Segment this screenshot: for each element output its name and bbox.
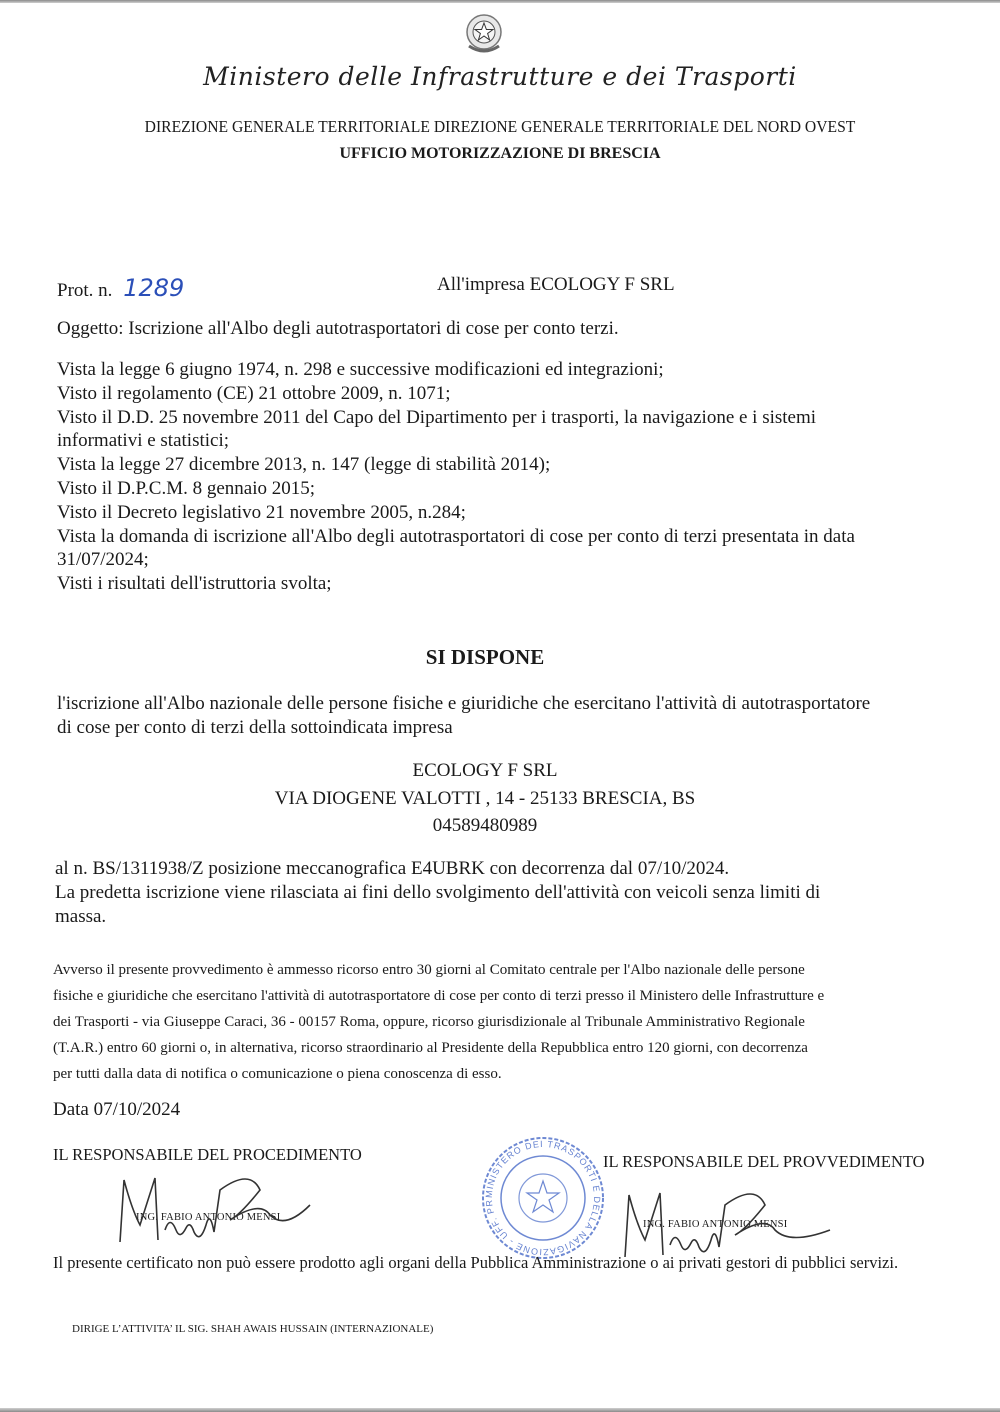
company-address: VIA DIOGENE VALOTTI , 14 - 25133 BRESCIA… <box>0 788 970 810</box>
decision-text: l'iscrizione all'Albo nazionale delle pe… <box>57 692 870 740</box>
activity-director-note: DIRIGE L’ATTIVITA’ IL SIG. SHAH AWAIS HU… <box>72 1323 433 1335</box>
appeal-notice: Avverso il presente provvedimento è amme… <box>53 957 824 1087</box>
ministry-name: Ministero delle Infrastrutture e dei Tra… <box>0 62 1000 91</box>
protocol-label: Prot. n. <box>57 280 112 301</box>
right-signatory-title: IL RESPONSABILE DEL PROVVEDIMENTO <box>603 1152 925 1172</box>
preamble-line: Visto il regolamento (CE) 21 ottobre 200… <box>57 382 855 406</box>
preamble-line: informativi e statistici; <box>57 429 855 453</box>
protocol-number: Prot. n. 1289 <box>57 274 184 302</box>
directorate: DIREZIONE GENERALE TERRITORIALE DIREZION… <box>40 117 960 137</box>
italian-republic-emblem-icon <box>461 10 507 58</box>
scan-edge-bottom <box>0 1408 1000 1412</box>
company-name: ECOLOGY F SRL <box>0 760 970 782</box>
recipient: All'impresa ECOLOGY F SRL <box>437 274 675 296</box>
decision-heading: SI DISPONE <box>0 645 970 670</box>
preamble-line: Visto il D.P.C.M. 8 gennaio 2015; <box>57 477 855 501</box>
preamble: Vista la legge 6 giugno 1974, n. 298 e s… <box>57 358 855 596</box>
left-signature-icon <box>110 1170 330 1250</box>
preamble-line: Vista la domanda di iscrizione all'Albo … <box>57 525 855 549</box>
preamble-line: Vista la legge 6 giugno 1974, n. 298 e s… <box>57 358 855 382</box>
protocol-handwritten-number: 1289 <box>123 274 184 302</box>
document-date: Data 07/10/2024 <box>53 1099 180 1121</box>
registration-details: al n. BS/1311938/Z posizione meccanograf… <box>55 857 820 928</box>
preamble-line: Visto il Decreto legislativo 21 novembre… <box>57 501 855 525</box>
preamble-line: Visto il D.D. 25 novembre 2011 del Capo … <box>57 406 855 430</box>
certificate-note: Il presente certificato non può essere p… <box>53 1253 898 1273</box>
left-signatory-title: IL RESPONSABILE DEL PROCEDIMENTO <box>53 1145 362 1165</box>
office-name: UFFICIO MOTORIZZAZIONE DI BRESCIA <box>0 145 1000 163</box>
scan-edge-top <box>0 0 1000 3</box>
company-tax-code: 04589480989 <box>0 815 970 837</box>
subject: Oggetto: Iscrizione all'Albo degli autot… <box>57 318 619 340</box>
preamble-line: Vista la legge 27 dicembre 2013, n. 147 … <box>57 453 855 477</box>
official-stamp-icon: MINISTERO DEI TRASPORTI E DELLA NAVIGAZI… <box>478 1133 608 1263</box>
preamble-line: 31/07/2024; <box>57 548 855 572</box>
svg-text:MINISTERO DEI TRASPORTI E DELL: MINISTERO DEI TRASPORTI E DELLA NAVIGAZI… <box>478 1133 602 1257</box>
preamble-line: Visti i risultati dell'istruttoria svolt… <box>57 572 855 596</box>
